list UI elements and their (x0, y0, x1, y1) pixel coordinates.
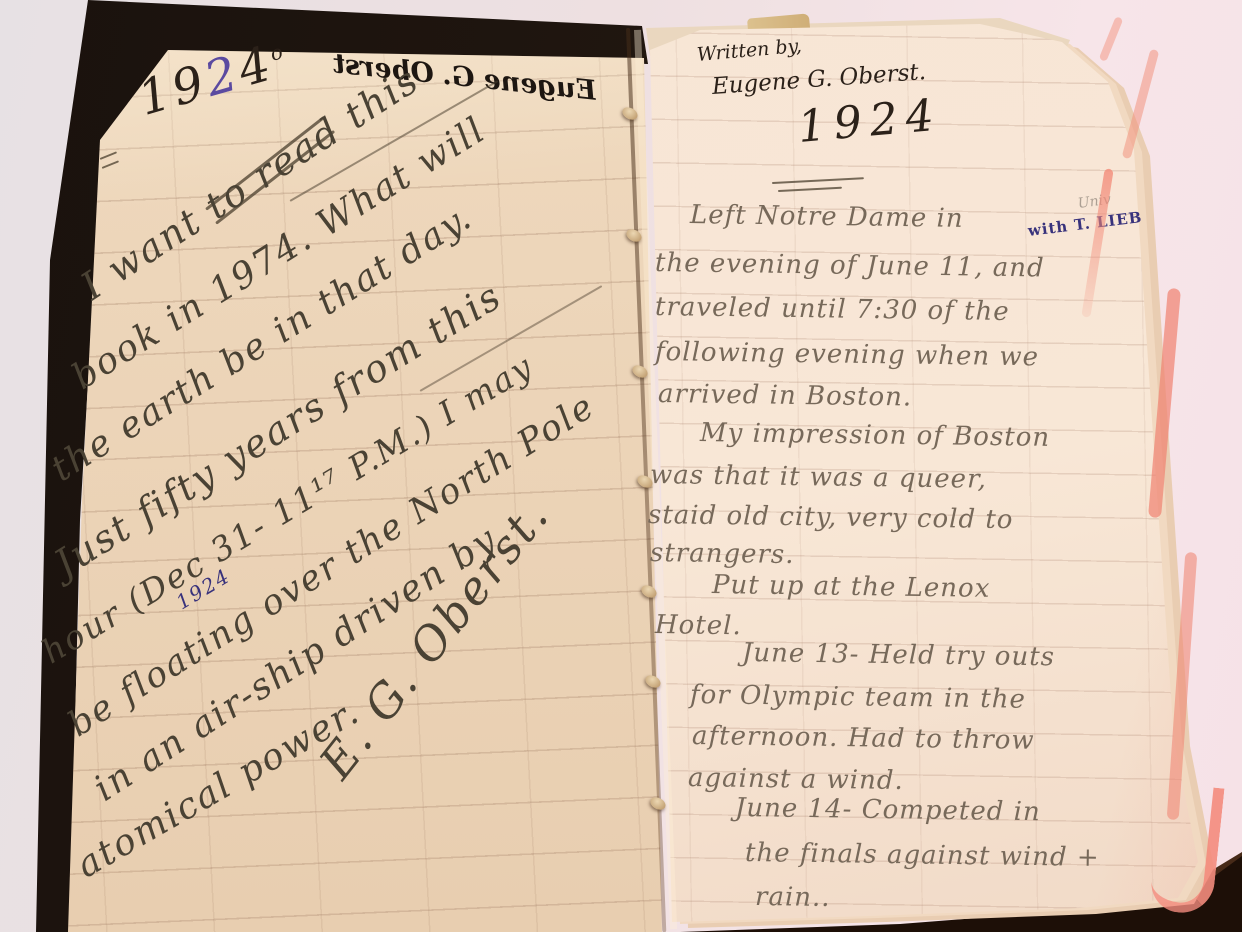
diary-line: following evening when we (655, 337, 1039, 372)
diary-line: for Olympic team in the (690, 680, 1026, 715)
diary-line: the evening of June 11, and (655, 248, 1045, 283)
diary-line: Left Notre Dame in (690, 200, 964, 234)
diary-line: against a wind. (688, 763, 904, 796)
diary-line: staid old city, very cold to (648, 500, 1014, 535)
diary-line: afternoon. Had to throw (692, 721, 1035, 756)
diary-line: Hotel. (655, 610, 742, 641)
diary-photo: 1924o Eugene G. Oberst I want to read th… (0, 0, 1242, 932)
diary-line: strangers. (650, 538, 795, 570)
diary-line: arrived in Boston. (658, 379, 913, 413)
red-edge-mark (1099, 16, 1124, 62)
diary-line: the finals against wind + (745, 838, 1100, 873)
diary-line: traveled until 7:30 of the (655, 292, 1010, 327)
diary-line: June 14- Competed in (735, 793, 1041, 827)
diary-line: was that it was a queer, (650, 460, 987, 495)
diary-line: June 13- Held try outs (742, 638, 1055, 672)
diary-line: My impression of Boston (700, 418, 1051, 453)
diary-line: rain.. (755, 882, 831, 913)
diary-line: Put up at the Lenox (712, 570, 991, 604)
